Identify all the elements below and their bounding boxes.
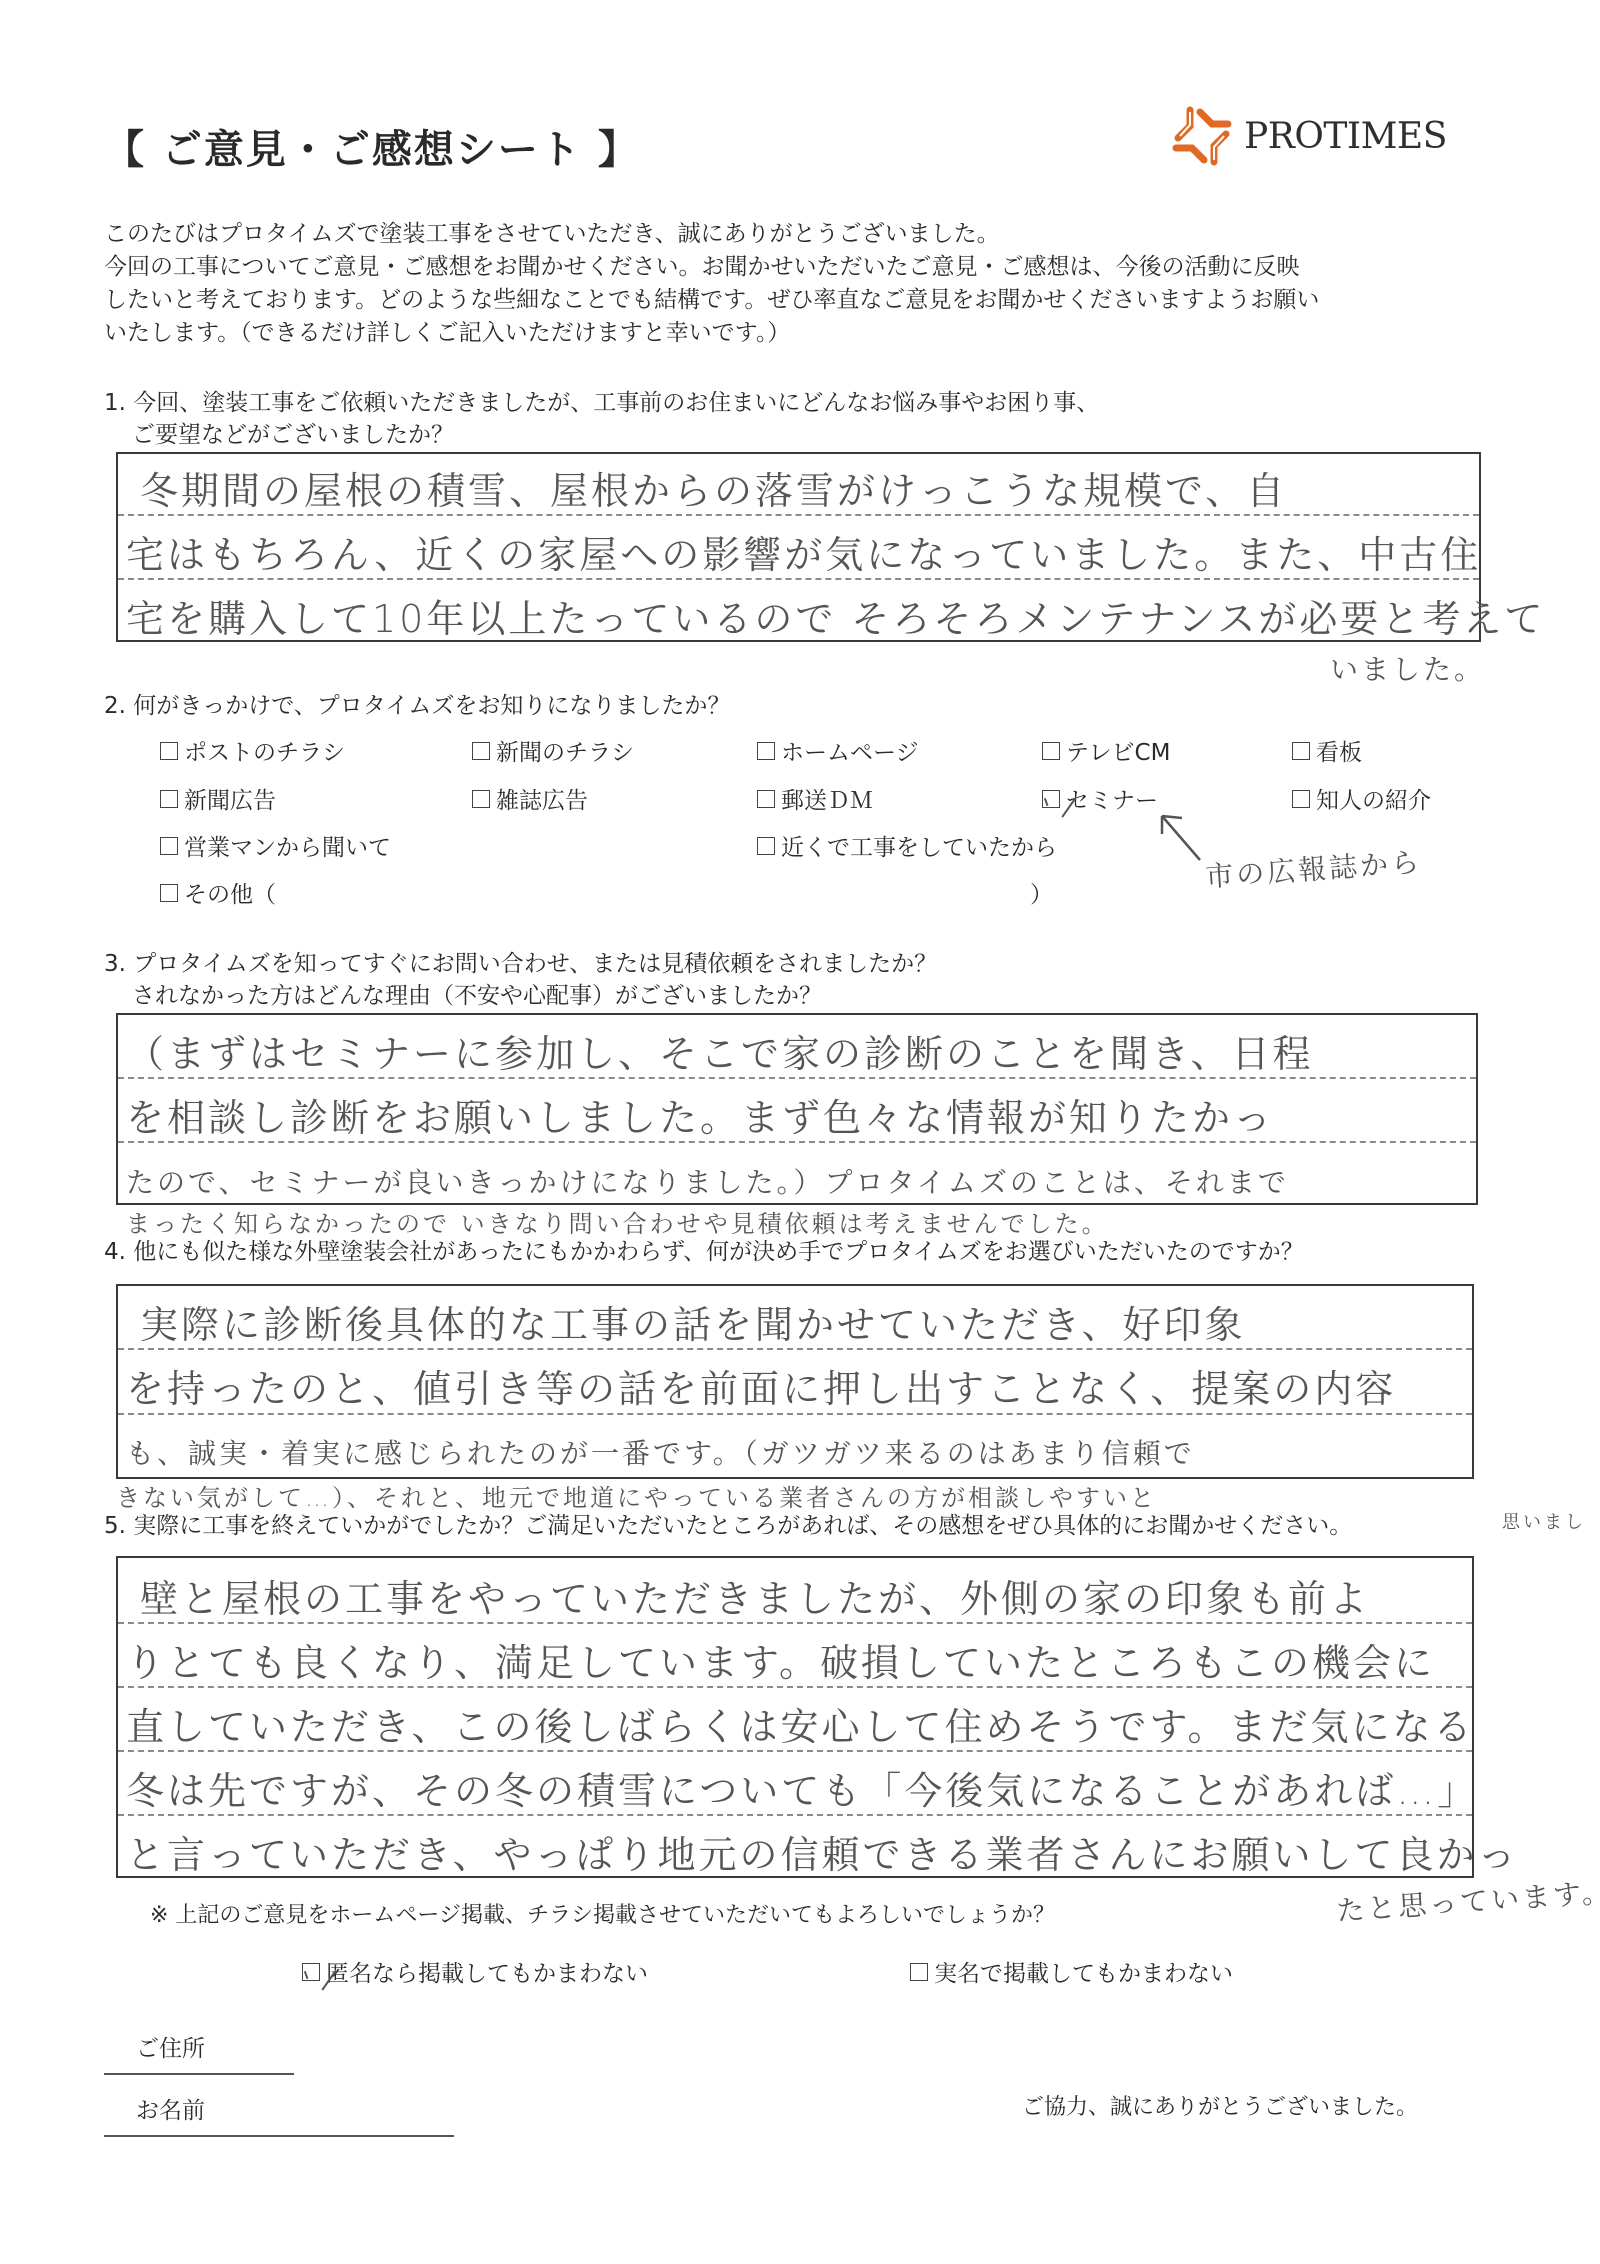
q5-answer-line: 壁と屋根の工事をやっていただきましたが、外側の家の印象も前よ xyxy=(140,1568,1370,1623)
q5-answer-line: りとても良くなり、満足しています。破損していたところもこの機会に xyxy=(126,1632,1435,1687)
q4-answer-box[interactable]: 実際に診断後具体的な工事の話を聞かせていただき、好印象 を持ったのと、値引き等の… xyxy=(116,1284,1474,1479)
option-nearby-construction[interactable]: 近くで工事をしていたから xyxy=(757,829,1057,862)
option-seminar[interactable]: セミナー xyxy=(1042,782,1158,815)
q4-answer-line: も、誠実・着実に感じられたのが一番です。（ガツガツ来るのはあまり信頼で xyxy=(126,1432,1195,1472)
option-homepage[interactable]: ホームページ xyxy=(757,734,919,767)
checkbox-checked[interactable] xyxy=(302,1963,320,1981)
option-referral[interactable]: 知人の紹介 xyxy=(1292,782,1431,815)
q4-answer-overflow-tail: 思いまし xyxy=(1502,1508,1586,1534)
q1-answer-overflow: いました。 xyxy=(1330,648,1485,688)
logo-text: PROTIMES xyxy=(1244,116,1447,157)
consent-real-name[interactable]: 実名で掲載してもかまわない xyxy=(910,1955,1233,1988)
intro-line: したいと考えております。どのような些細なことでも結構です。ぜひ率直なご意見をお聞… xyxy=(104,284,1504,317)
checkbox[interactable] xyxy=(472,790,490,808)
q1-answer-line: 冬期間の屋根の積雪、屋根からの落雪がけっこうな規模で、自 xyxy=(140,460,1287,515)
q1-answer-line: 宅はもちろん、近くの家屋への影響が気になっていました。また、中古住 xyxy=(126,524,1481,579)
q5-answer-box[interactable]: 壁と屋根の工事をやっていただきましたが、外側の家の印象も前よ りとても良くなり、… xyxy=(116,1556,1474,1878)
q1-question-line: ご要望などがございましたか？ xyxy=(104,419,1099,451)
checkbox[interactable] xyxy=(757,742,775,760)
checkbox[interactable] xyxy=(160,837,178,855)
q2-question: 2. 何がきっかけで、プロタイムズをお知りになりましたか？ xyxy=(104,690,730,722)
q3-answer-line: を相談し診断をお願いしました。まず色々な情報が知りたかっ xyxy=(126,1087,1274,1142)
q5-answer-line: 冬は先ですが、その冬の積雪についても「今後気になることがあれば…」 xyxy=(126,1760,1478,1815)
q1-question: 1. 今回、塗装工事をご依頼いただきましたが、工事前のお住まいにどんなお悩み事や… xyxy=(104,387,1099,451)
q3-answer-line: （まずはセミナーに参加し、そこで家の診断のことを聞き、日程 xyxy=(126,1023,1313,1078)
q5-question-text: 5. 実際に工事を終えていかがでしたか？ご満足いただいたところがあれば、その感想… xyxy=(104,1510,1352,1542)
q1-answer-line: 宅を購入して10年以上たっているので そろそろメンテナンスが必要と考えて xyxy=(126,588,1545,643)
consent-question: ※ 上記のご意見をホームページ掲載、チラシ掲載させていただいてもよろしいでしょう… xyxy=(150,1900,1055,1932)
q3-question-line: 3. プロタイムズを知ってすぐにお問い合わせ、または見積依頼をされましたか？ xyxy=(104,948,937,980)
intro-text: このたびはプロタイムズで塗装工事をさせていただき、誠にありがとうございました。 … xyxy=(104,218,1504,350)
arrow-annotation-icon xyxy=(1150,808,1210,868)
option-label: 匿名なら掲載してもかまわない xyxy=(326,1955,648,1988)
consent-question-text: ※ 上記のご意見をホームページ掲載、チラシ掲載させていただいてもよろしいでしょう… xyxy=(150,1900,1055,1932)
ruled-line xyxy=(118,1413,1472,1415)
name-label: お名前 xyxy=(136,2092,205,2125)
intro-line: 今回の工事についてご意見・ご感想をお聞かせください。お聞かせいただいたご意見・ご… xyxy=(104,251,1504,284)
thanks-message: ご協力、誠にありがとうございました。 xyxy=(1022,2090,1418,2121)
address-underline[interactable] xyxy=(104,2073,294,2075)
page-title: 【 ご意見・ご感想シート 】 xyxy=(104,118,640,175)
checkbox[interactable] xyxy=(160,884,178,902)
checkbox[interactable] xyxy=(757,790,775,808)
option-label: 看板 xyxy=(1316,734,1362,767)
checkbox[interactable] xyxy=(757,837,775,855)
address-label: ご住所 xyxy=(136,2030,205,2063)
q4-question: 4. 他にも似た様な外壁塗装会社があったにもかかわらず、何が決め手でプロタイムズ… xyxy=(104,1236,1304,1268)
q1-question-line: 1. 今回、塗装工事をご依頼いただきましたが、工事前のお住まいにどんなお悩み事や… xyxy=(104,387,1099,419)
option-label: 近くで工事をしていたから xyxy=(781,829,1057,862)
option-newspaper-ad[interactable]: 新聞広告 xyxy=(160,782,276,815)
q3-answer-line: たので、セミナーが良いきっかけになりました。）プロタイムズのことは、それまで xyxy=(126,1161,1289,1201)
option-label: ホームページ xyxy=(781,734,919,767)
option-magazine-ad[interactable]: 雑誌広告 xyxy=(472,782,588,815)
checkbox[interactable] xyxy=(160,790,178,808)
q4-answer-line: 実際に診断後具体的な工事の話を聞かせていただき、好印象 xyxy=(140,1294,1245,1349)
option-other[interactable]: その他（ xyxy=(160,876,276,909)
q4-answer-overflow: きない気がして…）、それと、地元で地道にやっている業者さんの方が相談しやすいと xyxy=(116,1478,1157,1513)
q1-answer-box[interactable]: 冬期間の屋根の積雪、屋根からの落雪がけっこうな規模で、自 宅はもちろん、近くの家… xyxy=(116,452,1481,642)
option-tv-cm[interactable]: テレビCM xyxy=(1042,734,1170,767)
option-post-flyer[interactable]: ポストのチラシ xyxy=(160,734,345,767)
other-close-paren: ） xyxy=(1030,876,1053,909)
consent-anonymous[interactable]: 匿名なら掲載してもかまわない xyxy=(302,1955,648,1988)
option-label: テレビCM xyxy=(1066,734,1170,767)
option-label: 郵送ＤＭ xyxy=(781,782,873,815)
option-signboard[interactable]: 看板 xyxy=(1292,734,1362,767)
q2-annotation: 市の広報誌から xyxy=(1204,840,1423,895)
protimes-logo-icon xyxy=(1170,104,1234,168)
option-direct-mail[interactable]: 郵送ＤＭ xyxy=(757,782,873,815)
q5-answer-line: 直していただき、この後しばらくは安心して住めそうです。まだ気になる xyxy=(126,1696,1474,1751)
checkbox[interactable] xyxy=(1292,742,1310,760)
option-label: 新聞のチラシ xyxy=(496,734,634,767)
checkbox[interactable] xyxy=(1292,790,1310,808)
option-label: 営業マンから聞いて xyxy=(184,829,391,862)
option-label: 実名で掲載してもかまわない xyxy=(934,1955,1233,1988)
q2-question-text: 2. 何がきっかけで、プロタイムズをお知りになりましたか？ xyxy=(104,690,730,722)
q5-question: 5. 実際に工事を終えていかがでしたか？ご満足いただいたところがあれば、その感想… xyxy=(104,1510,1352,1542)
checkbox[interactable] xyxy=(160,742,178,760)
q3-answer-box[interactable]: （まずはセミナーに参加し、そこで家の診断のことを聞き、日程 を相談し診断をお願い… xyxy=(116,1013,1478,1205)
option-label: 雑誌広告 xyxy=(496,782,588,815)
q4-answer-line: を持ったのと、値引き等の話を前面に押し出すことなく、提案の内容 xyxy=(126,1358,1396,1413)
option-label: ポストのチラシ xyxy=(184,734,345,767)
checkbox[interactable] xyxy=(1042,742,1060,760)
q4-question-text: 4. 他にも似た様な外壁塗装会社があったにもかかわらず、何が決め手でプロタイムズ… xyxy=(104,1236,1304,1268)
option-salesman[interactable]: 営業マンから聞いて xyxy=(160,829,391,862)
checkbox-checked[interactable] xyxy=(1042,790,1060,808)
protimes-logo: PROTIMES xyxy=(1170,104,1447,168)
intro-line: このたびはプロタイムズで塗装工事をさせていただき、誠にありがとうございました。 xyxy=(104,218,1504,251)
q3-answer-overflow: まったく知らなかったので いきなり問い合わせや見積依頼は考えませんでした。 xyxy=(126,1204,1109,1239)
intro-line: いたします。（できるだけ詳しくご記入いただけますと幸いです。） xyxy=(104,317,1504,350)
option-label: 知人の紹介 xyxy=(1316,782,1431,815)
q3-question-line: されなかった方はどんな理由（不安や心配事）がございましたか？ xyxy=(104,980,937,1012)
option-label: その他（ xyxy=(184,876,276,909)
option-newspaper-flyer[interactable]: 新聞のチラシ xyxy=(472,734,634,767)
q3-question: 3. プロタイムズを知ってすぐにお問い合わせ、または見積依頼をされましたか？ さ… xyxy=(104,948,937,1012)
checkbox[interactable] xyxy=(472,742,490,760)
q5-answer-line: と言っていただき、やっぱり地元の信頼できる業者さんにお願いして良かっ xyxy=(126,1824,1518,1879)
option-label: 新聞広告 xyxy=(184,782,276,815)
q5-answer-overflow: たと思っています。 xyxy=(1335,1870,1600,1929)
checkbox[interactable] xyxy=(910,1963,928,1981)
option-label: セミナー xyxy=(1066,782,1158,815)
name-underline[interactable] xyxy=(104,2135,454,2137)
